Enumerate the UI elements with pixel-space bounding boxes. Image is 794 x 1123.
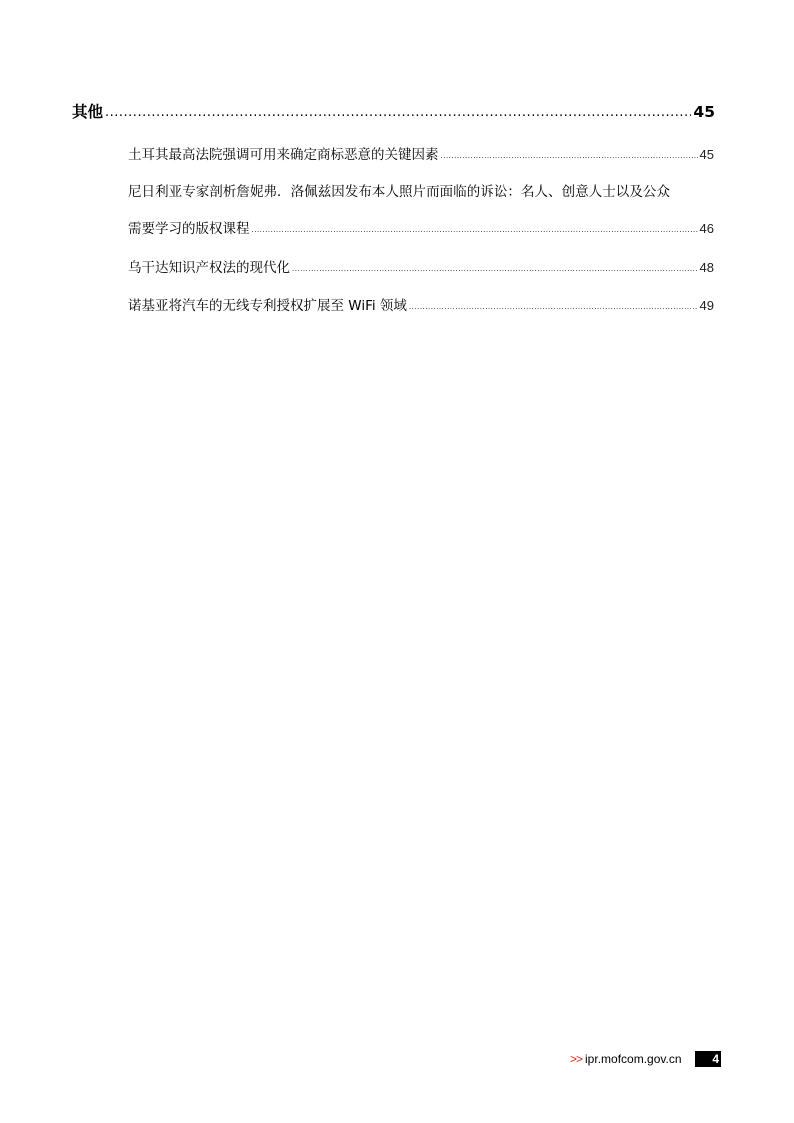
toc-entry-page: 49 <box>700 298 714 313</box>
footer-url[interactable]: ipr.mofcom.gov.cn <box>585 1052 681 1066</box>
dot-leader <box>252 226 698 234</box>
double-chevron-right-icon: >> <box>570 1052 582 1066</box>
toc-entry[interactable]: 乌干达知识产权法的现代化 48 <box>128 256 714 276</box>
toc-section-page: 45 <box>693 103 715 121</box>
dot-leader <box>105 105 691 120</box>
dot-leader <box>441 152 698 160</box>
page-number-badge: 4 <box>695 1051 721 1067</box>
toc-section-title: 其他 <box>72 100 103 122</box>
toc-entry-title: 土耳其最高法院强调可用来确定商标恶意的关键因素 <box>128 143 439 163</box>
dot-leader <box>292 265 698 273</box>
dot-leader <box>409 303 698 311</box>
toc-entry-page: 48 <box>700 260 714 275</box>
toc-entry-title: 乌干达知识产权法的现代化 <box>128 256 290 276</box>
toc-entry[interactable]: 土耳其最高法院强调可用来确定商标恶意的关键因素 45 <box>128 143 714 163</box>
toc-section-other[interactable]: 其他 45 <box>72 100 715 122</box>
toc-entry-title: 诺基亚将汽车的无线专利授权扩展至 WiFi 领域 <box>128 294 407 314</box>
toc-entry-title-line1[interactable]: 尼日利亚专家剖析詹妮弗．洛佩兹因发布本人照片而面临的诉讼：名人、创意人士以及公众 <box>128 180 718 200</box>
page-footer: >> ipr.mofcom.gov.cn 4 <box>570 1051 682 1067</box>
toc-entry[interactable]: 需要学习的版权课程 46 <box>128 217 714 237</box>
toc-entry-page: 45 <box>700 147 714 162</box>
toc-entry-title-line2: 需要学习的版权课程 <box>128 217 250 237</box>
toc-entry[interactable]: 诺基亚将汽车的无线专利授权扩展至 WiFi 领域 49 <box>128 294 714 314</box>
toc-entry-page: 46 <box>700 221 714 236</box>
